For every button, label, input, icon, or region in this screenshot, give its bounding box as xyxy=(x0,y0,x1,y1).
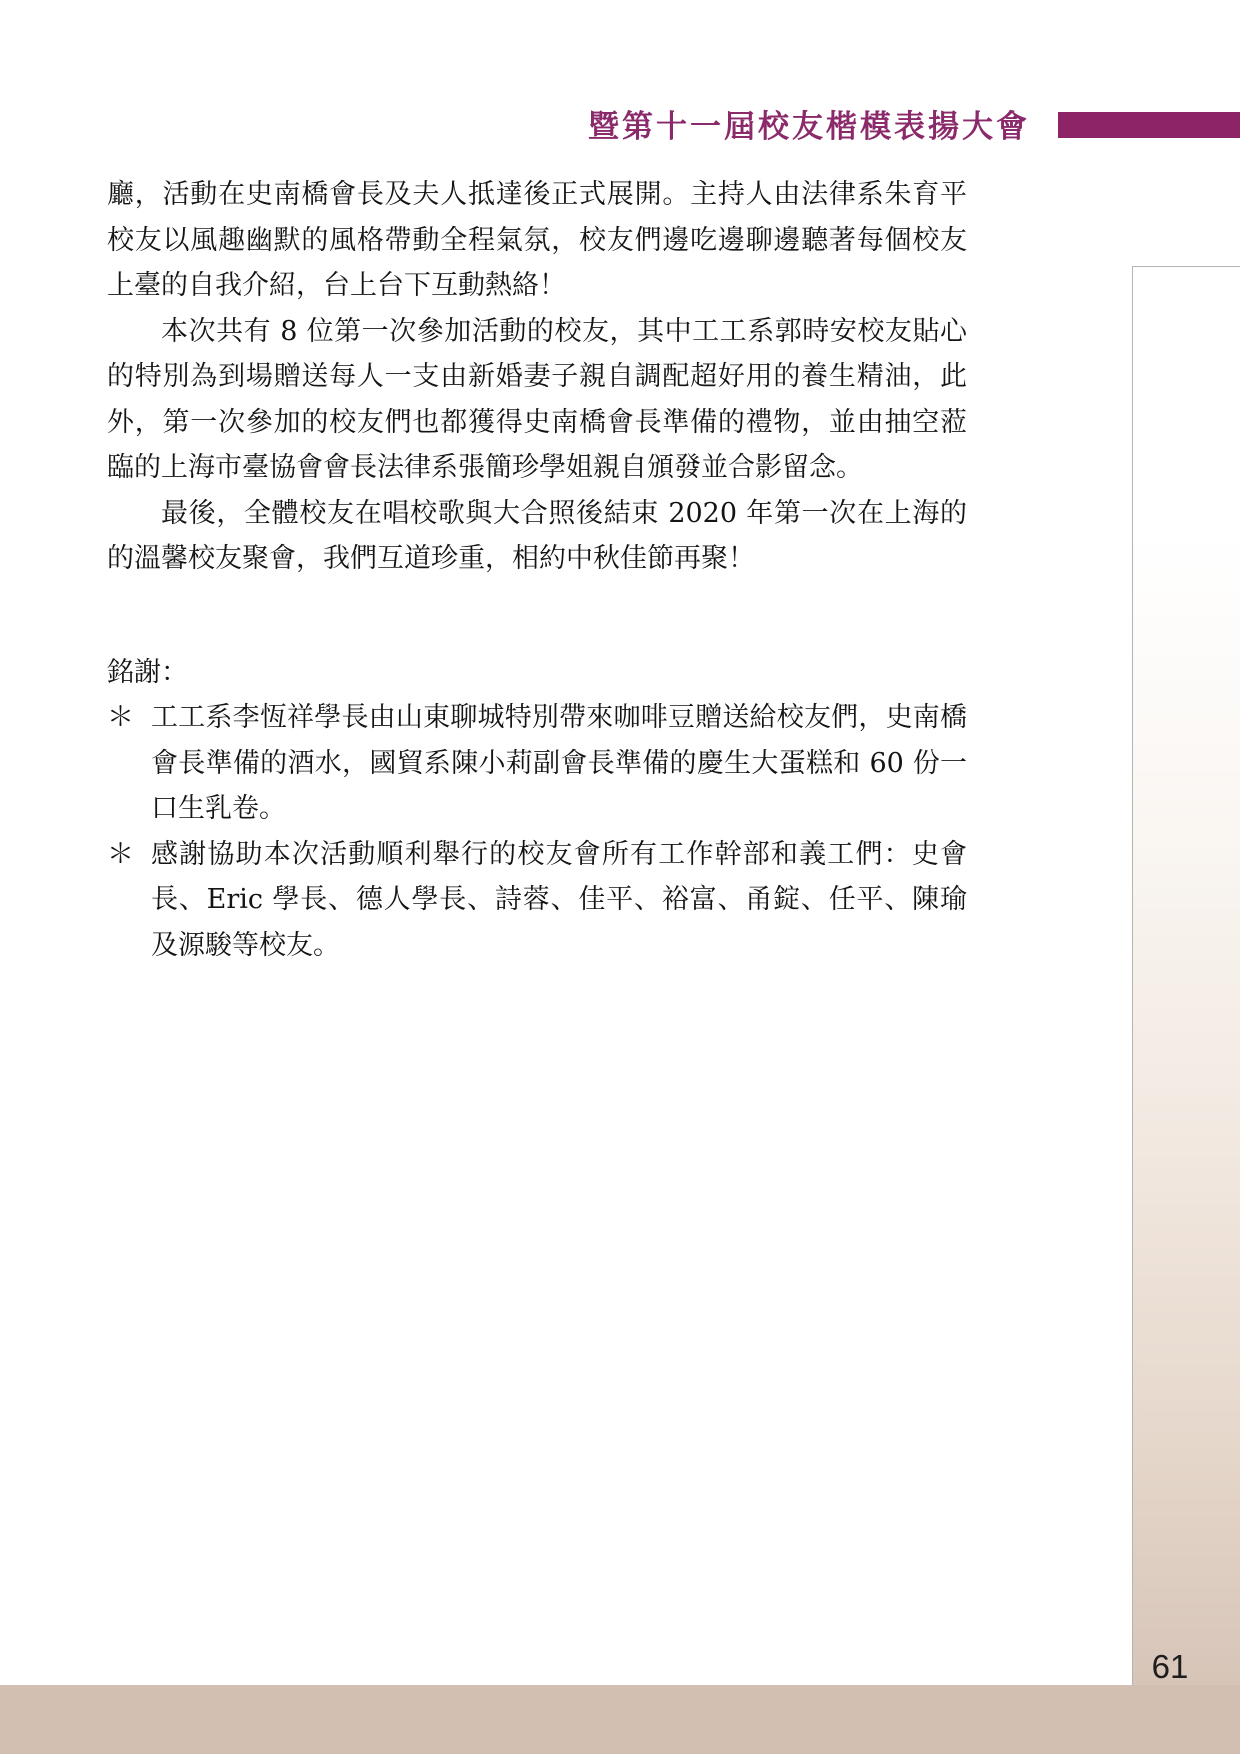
paragraph: 廳，活動在史南橋會長及夫人抵達後正式展開。主持人由法律系朱育平校友以風趣幽默的風… xyxy=(107,172,967,309)
header-accent-bar xyxy=(1058,112,1240,138)
acknowledgement-item: ＊ 工工系李恆祥學長由山東聊城特別帶來咖啡豆贈送給校友們，史南橋會長準備的酒水，… xyxy=(107,695,967,832)
bottom-band xyxy=(0,1685,1240,1754)
page-header-title: 暨第十一屆校友楷模表揚大會 xyxy=(588,101,1030,146)
asterisk-bullet-icon: ＊ xyxy=(107,695,151,741)
acknowledgement-item: ＊ 感謝協助本次活動順利舉行的校友會所有工作幹部和義工們：史會長、Eric 學長… xyxy=(107,832,967,969)
acknowledgement-text: 感謝協助本次活動順利舉行的校友會所有工作幹部和義工們：史會長、Eric 學長、德… xyxy=(151,832,967,969)
document-page: 暨第十一屆校友楷模表揚大會 廳，活動在史南橋會長及夫人抵達後正式展開。主持人由法… xyxy=(0,0,1240,1754)
article-body: 廳，活動在史南橋會長及夫人抵達後正式展開。主持人由法律系朱育平校友以風趣幽默的風… xyxy=(107,172,967,968)
page-number: 61 xyxy=(1138,1648,1202,1686)
acknowledgement-text: 工工系李恆祥學長由山東聊城特別帶來咖啡豆贈送給校友們，史南橋會長準備的酒水，國貿… xyxy=(151,695,967,832)
asterisk-bullet-icon: ＊ xyxy=(107,832,151,878)
acknowledgements-heading: 銘謝： xyxy=(107,650,967,696)
side-gradient-strip xyxy=(1132,266,1240,1754)
paragraph: 本次共有 8 位第一次參加活動的校友，其中工工系郭時安校友貼心的特別為到場贈送每… xyxy=(107,309,967,491)
paragraph: 最後，全體校友在唱校歌與大合照後結束 2020 年第一次在上海的的溫馨校友聚會，… xyxy=(107,491,967,582)
